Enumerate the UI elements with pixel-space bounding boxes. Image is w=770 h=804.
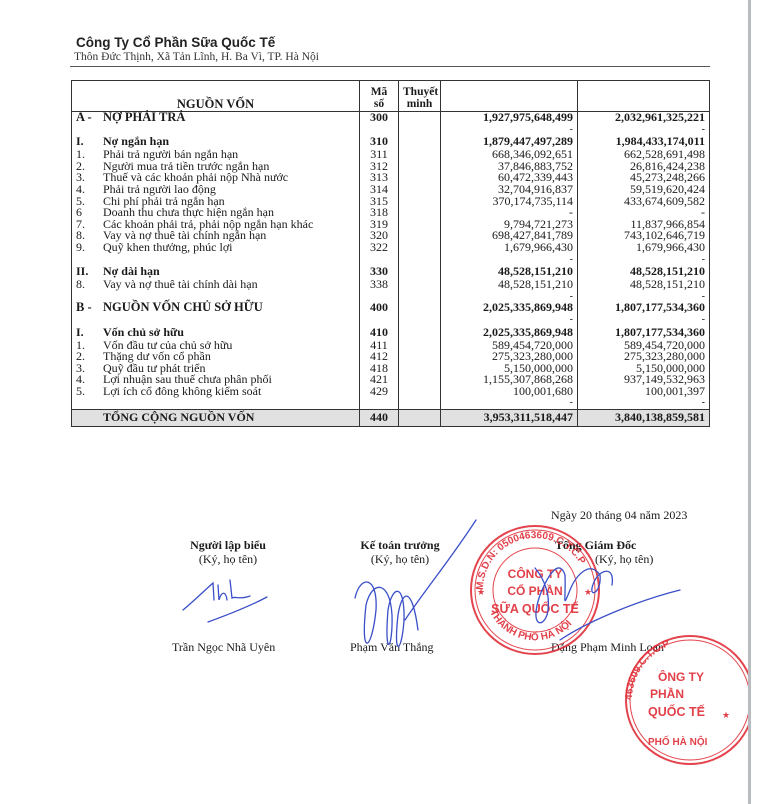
chief-accountant-signature: [355, 520, 476, 646]
director-signature: [535, 568, 680, 640]
preparer-signature: [183, 580, 267, 622]
handwritten-signatures: [0, 0, 770, 804]
